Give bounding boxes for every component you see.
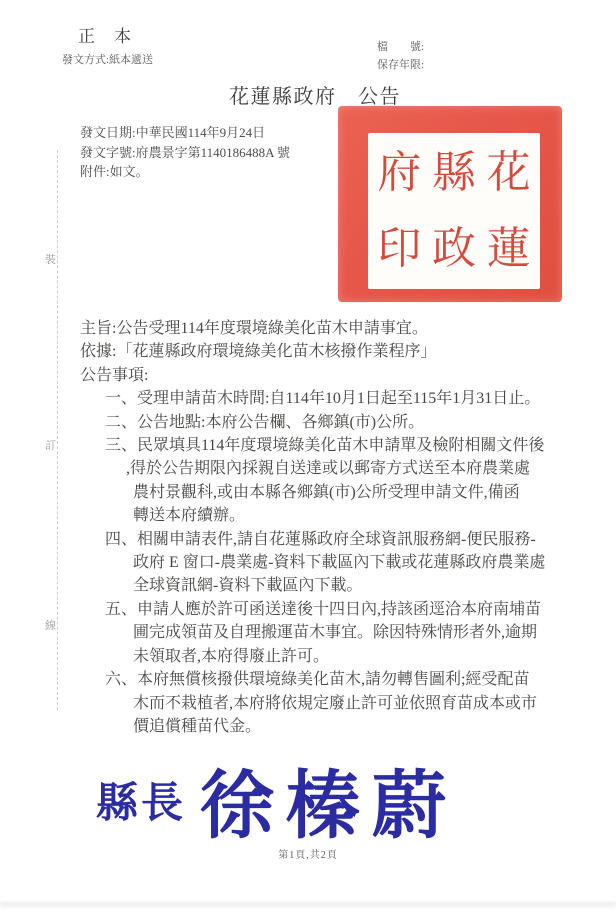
item-line: 轉送本府續辦。 — [133, 504, 592, 527]
issuing-meta-block: 發文日期:中華民國114年9月24日 發文字號:府農景字第1140186488A… — [80, 123, 290, 182]
item-line: 農村景觀科,或由本縣各鄉鎮(市)公所受理申請文件,備函 — [133, 481, 592, 504]
binding-mark-xian: 線 — [45, 616, 56, 634]
official-seal-stamp: 花 蓮 縣 政 府 印 — [338, 106, 562, 302]
binding-dotted-line — [57, 150, 58, 710]
scan-edge-shadow — [0, 901, 616, 908]
announcement-body: 主旨:公告受理114年度環境綠美化苗木申請事宜。 依據:「花蓮縣政府環境綠美化苗… — [80, 317, 592, 738]
seal-character: 花 — [487, 139, 531, 207]
item-line: 三、民眾填具114年度環境綠美化苗木申請單及檢附相關文件後 — [105, 434, 592, 457]
page-number-footer: 第1頁,共2頁 — [0, 846, 616, 861]
announcement-item-6: 六、本府無償核撥供環境綠美化苗木,請勿轉售圖利;經受配苗 木而不栽植者,本府將依… — [105, 668, 592, 738]
seal-character: 印 — [377, 215, 421, 283]
announcement-item-4: 四、相關申請表件,請自花蓮縣政府全球資訊服務網-便民服務- 政府 E 窗口-農業… — [105, 528, 592, 598]
binding-mark-zhuang: 裝 — [45, 250, 56, 268]
announcement-item-3: 三、民眾填具114年度環境綠美化苗木申請單及檢附相關文件後 ,得於公告期限內採親… — [105, 434, 592, 528]
item-line: ,得於公告期限內採親自送達或以郵寄方式送至本府農業處 — [126, 457, 592, 480]
item-line: 未領取者,本府得廢止許可。 — [133, 645, 592, 668]
attachment-note: 附件:如文。 — [80, 162, 290, 182]
retention-period-label: 保存年限: — [377, 56, 424, 72]
item-line: 二、公告地點:本府公告欄、各鄉鎮(市)公所。 — [105, 411, 592, 434]
official-announcement-page: 正 本 發文方式:紙本遞送 檔 號: 保存年限: 花蓮縣政府 公告 發文日期:中… — [0, 0, 616, 917]
item-line: 四、相關申請表件,請自花蓮縣政府全球資訊服務網-便民服務- — [105, 528, 592, 551]
item-line: 政府 E 窗口-農業處-資料下載區內下載或花蓮縣政府農業處 — [133, 551, 592, 574]
seal-column-left: 府 印 — [377, 135, 421, 287]
subject-line: 主旨:公告受理114年度環境綠美化苗木申請事宜。 — [80, 317, 592, 340]
doc-number: 發文字號:府農景字第1140186488A 號 — [80, 143, 290, 163]
items-heading: 公告事項: — [80, 364, 592, 387]
binding-mark-ding: 訂 — [45, 436, 56, 454]
delivery-method-label: 發文方式:紙本遞送 — [62, 51, 153, 67]
item-line: 全球資訊網-資料下載區內下載。 — [133, 574, 592, 597]
file-number-label: 檔 號: — [377, 38, 424, 54]
announcement-item-1: 一、受理申請苗木時間:自114年10月1日起至115年1月31日止。 — [105, 387, 592, 410]
item-line: 木而不栽植者,本府將依規定廢止許可並依照育苗成本或市 — [133, 692, 592, 715]
seal-column-right: 花 蓮 — [487, 135, 531, 287]
document-title: 花蓮縣政府 公告 — [0, 80, 616, 109]
issue-date: 發文日期:中華民國114年9月24日 — [80, 123, 290, 143]
announcement-item-5: 五、申請人應於許可函送達後十四日內,持該函逕洽本府南埔苗 圃完成領苗及自理搬運苗… — [105, 598, 592, 668]
item-line: 圃完成領苗及自理搬運苗木事宜。除因特殊情形者外,逾期 — [133, 621, 592, 644]
item-line: 一、受理申請苗木時間:自114年10月1日起至115年1月31日止。 — [105, 387, 592, 410]
signer-name-calligraphy: 徐榛蔚 — [200, 747, 458, 853]
seal-character: 政 — [432, 215, 476, 283]
signature-block: 縣長 徐榛蔚 — [96, 750, 458, 850]
seal-column-middle: 縣 政 — [432, 135, 476, 287]
item-line: 六、本府無償核撥供環境綠美化苗木,請勿轉售圖利;經受配苗 — [105, 668, 592, 691]
announcement-item-2: 二、公告地點:本府公告欄、各鄉鎮(市)公所。 — [105, 411, 592, 434]
seal-character: 府 — [377, 139, 421, 207]
seal-character: 蓮 — [487, 215, 531, 283]
seal-inner-face: 花 蓮 縣 政 府 印 — [368, 133, 540, 289]
item-line: 價追償種苗代金。 — [133, 715, 592, 738]
basis-line: 依據:「花蓮縣政府環境綠美化苗木核撥作業程序」 — [80, 340, 592, 363]
copy-type-label: 正 本 — [78, 22, 132, 47]
item-line: 五、申請人應於許可函送達後十四日內,持該函逕洽本府南埔苗 — [105, 598, 592, 621]
signer-title: 縣長 — [96, 770, 186, 830]
seal-character: 縣 — [432, 139, 476, 207]
